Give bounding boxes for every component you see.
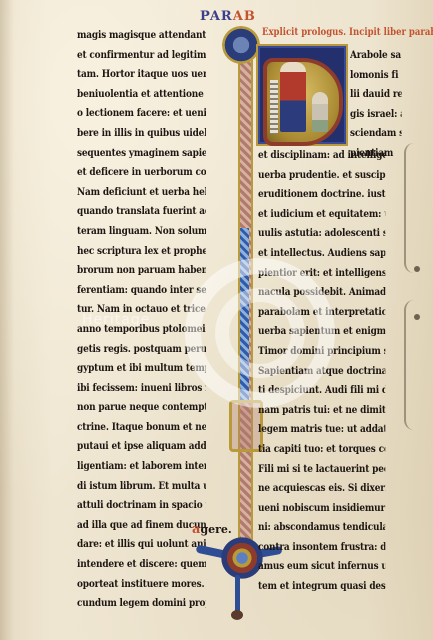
text-line: gyptum et ibi multum temporis — [77, 359, 206, 379]
text-line: ferentiam: quando inter se dicun — [77, 281, 206, 301]
text-line: ueni nobiscum insidiemur sangui — [258, 499, 385, 519]
throne-icon — [270, 80, 278, 134]
text-line: ne acquiescas eis. Si dixerint — [258, 479, 385, 499]
text-line: intendere et discere: quemadmodum — [77, 555, 206, 575]
text-line: uulis astutia: adolescenti scientia — [258, 224, 385, 244]
text-line: magis magisque attendant animo — [77, 26, 206, 46]
text-line: tia capiti tuo: et torques collo tuo. — [258, 440, 385, 460]
catchword-text: gere. — [200, 523, 231, 536]
text-line: putaui et ipse aliquam addere di — [77, 437, 206, 457]
initial-foot-bud — [231, 610, 243, 620]
text-line: contra insontem frustra: degluti — [258, 538, 385, 558]
text-line: di istum librum. Et multa uigilia — [77, 477, 206, 497]
text-line: oporteat instituere mores. qui se — [77, 575, 206, 595]
text-line: uerba prudentie. et suscipiendam — [258, 166, 385, 186]
text-line: sequentes ymaginem sapientie: — [77, 144, 206, 164]
text-line: hec scriptura lex et prophete ceteraque … — [77, 242, 206, 262]
text-line: ctrine. Itaque bonum et necessarium — [77, 418, 206, 438]
text-line: ni: abscondamus tendiculas — [258, 518, 385, 538]
watermark-ring-inner — [215, 288, 305, 378]
text-line: sciendam sa — [350, 124, 402, 144]
text-line: ligentiam: et laborem interpretan — [77, 457, 206, 477]
text-line: attuli doctrinam in spacio temporis. — [77, 496, 206, 516]
text-line: beniuolentia et attentione studi — [77, 85, 206, 105]
text-line: tam. Hortor itaque uos uenire cum — [77, 65, 206, 85]
running-head-blue: PAR — [200, 9, 233, 24]
text-line: et confirmentur ad legitimam ui — [77, 46, 206, 66]
text-line: ad illa que ad finem ducunt libri — [77, 516, 206, 536]
initial-top-scroll-ornament — [222, 26, 260, 64]
text-line: bere in illis in quibus uidebimur — [77, 124, 206, 144]
margin-grotesque-head — [414, 314, 420, 320]
text-line: lomonis fi — [350, 66, 402, 86]
margin-bracket-upper — [404, 143, 420, 273]
text-line: tem et integrum quasi descendentem — [258, 577, 385, 597]
text-line: eruditionem doctrine. iustitiam — [258, 185, 385, 205]
catchword: agere. — [192, 522, 232, 537]
text-line: ibi fecissem: inueni libros relictos — [77, 379, 206, 399]
text-line: et iudicium et equitatem: ut detur par — [258, 205, 385, 225]
text-line: brorum non paruam habent dif — [77, 261, 206, 281]
text-line: Arabole sa — [350, 46, 402, 66]
text-line: cundum legem domini proposuerunt uitam — [77, 594, 206, 614]
text-line: lii dauid re — [350, 85, 402, 105]
rubric-text: Explicit prologus. Incipit liber parabol… — [262, 27, 433, 38]
enthroned-figure-icon — [280, 62, 306, 132]
margin-grotesque-head — [414, 266, 420, 272]
text-line: amus eum sicut infernus uiuen — [258, 557, 385, 577]
text-line: gis israel: ad — [350, 105, 402, 125]
initial-foot-tail — [235, 575, 240, 615]
text-line: et deficere in uerborum compositione. — [77, 163, 206, 183]
running-head: PARAB — [200, 9, 256, 24]
rubric-incipit: Explicit prologus. Incipit liber parabol… — [262, 27, 433, 38]
text-line: teram linguam. Non solum autem — [77, 222, 206, 242]
text-line: Nam deficiunt et uerba hebraica: — [77, 183, 206, 203]
text-line: et disciplinam: ad intelligenda — [258, 146, 385, 166]
text-line: quando translata fuerint ad al — [77, 202, 206, 222]
text-line: o lectionem facere: et ueniam ha — [77, 104, 206, 124]
gutter-shadow — [0, 0, 14, 640]
text-line: Fili mi si te lactauerint peccatores: — [258, 460, 385, 480]
seated-student-icon — [312, 92, 328, 132]
text-line: dare: et illis qui uolunt animum — [77, 535, 206, 555]
watermark-text: Heritage — [82, 312, 150, 328]
text-line: non parue neque contemptibilis do — [77, 398, 206, 418]
running-head-red: AB — [233, 9, 256, 24]
text-line: legem matris tue: ut addatur gra — [258, 420, 385, 440]
